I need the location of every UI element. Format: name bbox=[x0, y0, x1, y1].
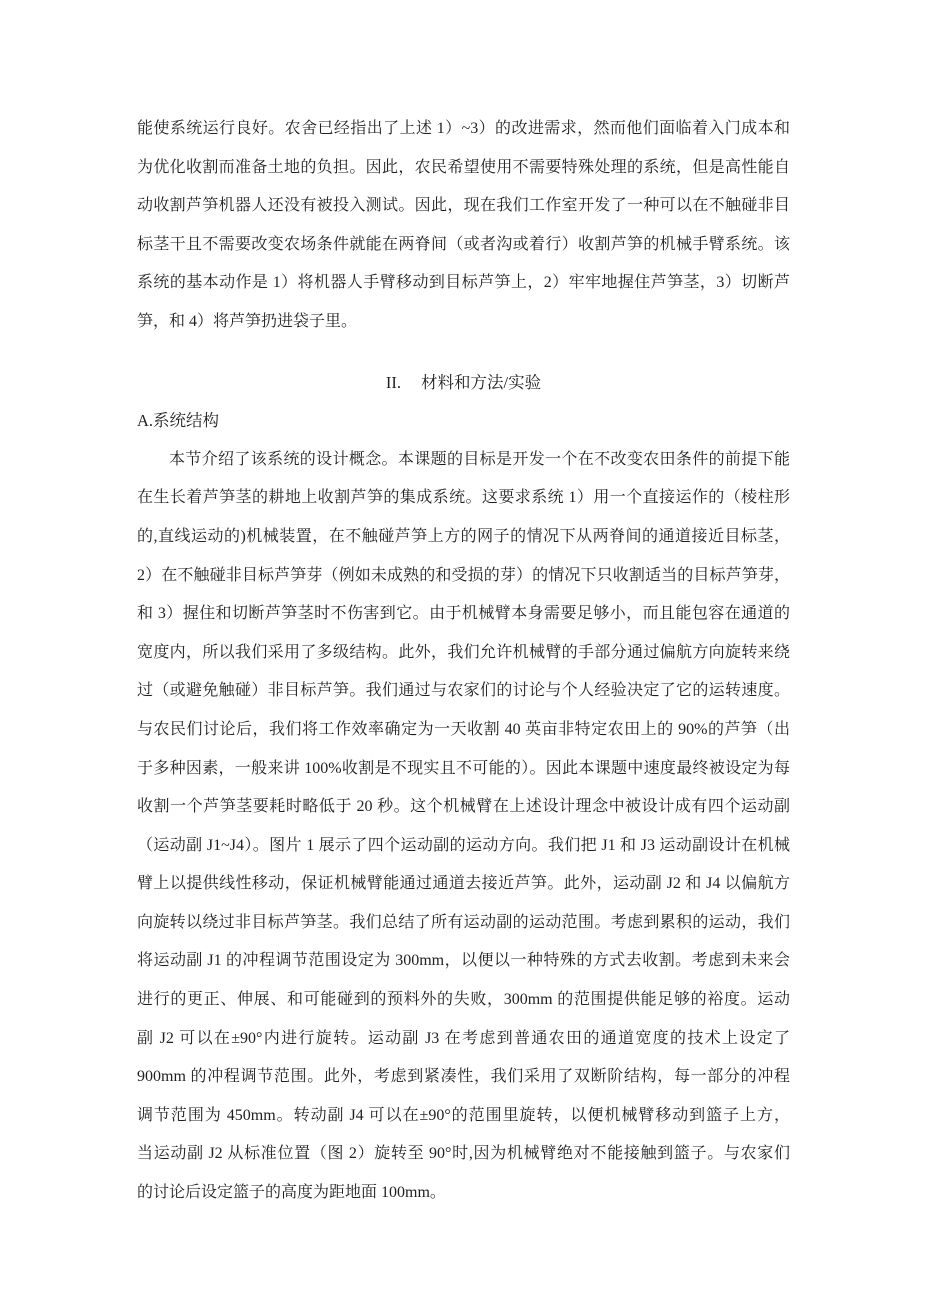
text-line: 将运动副 J1 的冲程调节范围设定为 300mm，以便以一种特殊的方式去收割。考… bbox=[137, 942, 790, 981]
text-line: 向旋转以绕过非目标芦笋茎。我们总结了所有运动副的运动范围。考虑到累积的运动，我们 bbox=[137, 904, 790, 943]
text-line: 标茎干且不需要改变农场条件就能在两脊间（或者沟或着行）收割芦笋的机械手臂系统。该 bbox=[137, 226, 790, 265]
text-line: 进行的更正、伸展、和可能碰到的预料外的失败，300mm 的范围提供能足够的裕度。… bbox=[137, 981, 790, 1020]
text-line: 为优化收割而准备土地的负担。因此，农民希望使用不需要特殊处理的系统，但是高性能自 bbox=[137, 149, 790, 188]
text-line: 收割一个芦笋茎要耗时略低于 20 秒。这个机械臂在上述设计理念中被设计成有四个运… bbox=[137, 788, 790, 827]
paragraph-system-structure: 本节介绍了该系统的设计概念。本课题的目标是开发一个在不改变农田条件的前提下能 在… bbox=[137, 441, 790, 1213]
subsection-heading: A.系统结构 bbox=[137, 402, 790, 441]
text-line: 笋，和 4）将芦笋扔进袋子里。 bbox=[137, 303, 790, 342]
text-line: 本节介绍了该系统的设计概念。本课题的目标是开发一个在不改变农田条件的前提下能 bbox=[137, 441, 790, 480]
text-line: 臂上以提供线性移动，保证机械臂能通过通道去接近芦笋。此外，运动副 J2 和 J4… bbox=[137, 865, 790, 904]
text-line: 与农民们讨论后，我们将工作效率确定为一天收割 40 英亩非特定农田上的 90%的… bbox=[137, 711, 790, 750]
text-line: 宽度内，所以我们采用了多级结构。此外，我们允许机械臂的手部分通过偏航方向旋转来绕 bbox=[137, 634, 790, 673]
text-line: 过（或避免触碰）非目标芦笋。我们通过与农家们的讨论与个人经验决定了它的运转速度。 bbox=[137, 672, 790, 711]
text-line: 和 3）握住和切断芦笋茎时不伤害到它。由于机械臂本身需要足够小，而且能包容在通道… bbox=[137, 595, 790, 634]
text-line: 于多种因素，一般来讲 100%收割是不现实且不可能的）。因此本课题中速度最终被设… bbox=[137, 750, 790, 789]
text-line: 的,直线运动的)机械装置，在不触碰芦笋上方的网子的情况下从两脊间的通道接近目标茎… bbox=[137, 518, 790, 557]
text-line: 的讨论后设定篮子的高度为距地面 100mm。 bbox=[137, 1174, 790, 1213]
text-line: 900mm 的冲程调节范围。此外，考虑到紧凑性，我们采用了双断阶结构，每一部分的… bbox=[137, 1058, 790, 1097]
document-page: 能使系统运行良好。农舍已经指出了上述 1）~3）的改进需求，然而他们面临着入门成… bbox=[0, 0, 926, 1309]
text-line: 当运动副 J2 从标准位置（图 2）旋转至 90°时,因为机械臂绝对不能接触到篮… bbox=[137, 1135, 790, 1174]
text-line: 调节范围为 450mm。转动副 J4 可以在±90°的范围里旋转，以便机械臂移动… bbox=[137, 1097, 790, 1136]
text-line: 在生长着芦笋茎的耕地上收割芦笋的集成系统。这要求系统 1）用一个直接运作的（棱柱… bbox=[137, 479, 790, 518]
text-line: 2）在不触碰非目标芦笋芽（例如未成熟的和受损的芽）的情况下只收割适当的目标芦笋芽… bbox=[137, 557, 790, 596]
paragraph-intro: 能使系统运行良好。农舍已经指出了上述 1）~3）的改进需求，然而他们面临着入门成… bbox=[137, 110, 790, 342]
section-heading: II.材料和方法/实验 bbox=[137, 364, 790, 403]
text-line: 副 J2 可以在±90°内进行旋转。运动副 J3 在考虑到普通农田的通道宽度的技… bbox=[137, 1020, 790, 1059]
text-line: （运动副 J1~J4）。图片 1 展示了四个运动副的运动方向。我们把 J1 和 … bbox=[137, 827, 790, 866]
section-number: II. bbox=[386, 364, 401, 403]
text-line: 能使系统运行良好。农舍已经指出了上述 1）~3）的改进需求，然而他们面临着入门成… bbox=[137, 110, 790, 149]
text-line: 系统的基本动作是 1）将机器人手臂移动到目标芦笋上，2）牢牢地握住芦笋茎，3）切… bbox=[137, 264, 790, 303]
section-title: 材料和方法/实验 bbox=[421, 373, 541, 392]
document-content: 能使系统运行良好。农舍已经指出了上述 1）~3）的改进需求，然而他们面临着入门成… bbox=[137, 110, 790, 1213]
text-line: 动收割芦笋机器人还没有被投入测试。因此，现在我们工作室开发了一种可以在不触碰非目 bbox=[137, 187, 790, 226]
